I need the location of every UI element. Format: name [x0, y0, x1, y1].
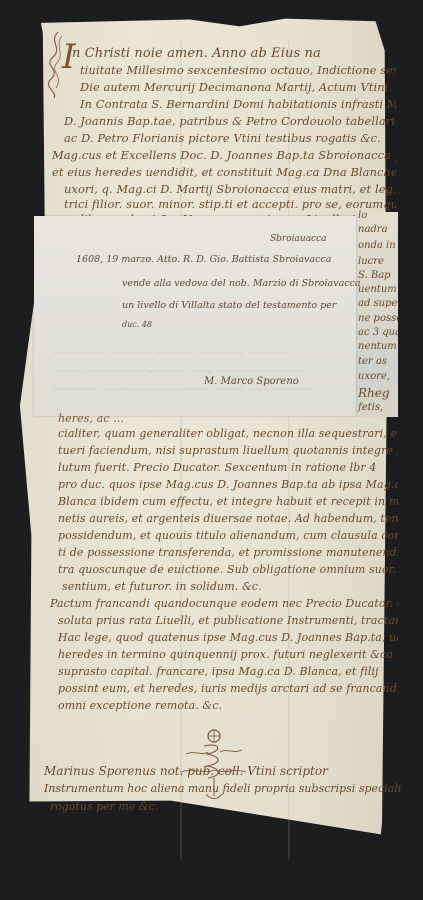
slip-line: duc. 48: [122, 320, 152, 329]
text-line: tiuitate Millesimo sexcentesimo octauo, …: [80, 64, 396, 77]
slip-line: vende alla vedova del nob. Marzio di Sbr…: [122, 278, 361, 289]
lower-text: heres, ac ... cialiter, quam generaliter…: [58, 412, 398, 712]
text-line: possidendum, et quouis titulo alienandum…: [58, 529, 398, 542]
margin-fragment: lucre: [358, 256, 398, 267]
text-line: heredes in termino quinquennij prox. fut…: [58, 648, 398, 661]
text-line: netis aureis, et argenteis diuersae nota…: [58, 512, 398, 525]
margin-fragment: nentum: [358, 341, 398, 352]
text-line: Die autem Mercurij Decimanona Martij, Ac…: [80, 81, 396, 94]
text-line: In Contrata S. Bernardini Domi habitatio…: [80, 98, 396, 111]
text-line: ti de possessione transferenda, et promi…: [58, 546, 398, 559]
text-line: suprasto capital. francare, ipsa Mag.ca …: [58, 665, 398, 678]
notary-subscription-line: Marinus Sporenus not. pub. coll. Vtini s…: [44, 764, 328, 778]
slip-line: 1608, 19 marzo. Atto. R. D. Gio. Battist…: [76, 254, 331, 265]
margin-fragment: ad supe: [358, 298, 398, 309]
margin-fragment: Rheg: [358, 386, 398, 400]
margin-fragment: S. Bap: [358, 270, 398, 281]
slip-signature: M. Marco Sporeno: [204, 376, 299, 387]
text-line: trici filior. suor. minor. stip.ti et ac…: [64, 198, 396, 211]
text-line: Pactum francandi quandocunque eodem nec …: [50, 597, 398, 610]
main-text-line: n Christi noie amen. Anno ab Eius na: [72, 46, 400, 59]
text-line: heres, ac ...: [58, 412, 398, 425]
text-line: possint eum, et heredes, iuris medijs ar…: [58, 682, 398, 695]
margin-fragment: uentum: [358, 284, 398, 295]
text-line: soluta prius rata Liuelli, et publicatio…: [58, 614, 398, 627]
pasted-slip: Sbroiauacca 1608, 19 marzo. Atto. R. D. …: [34, 216, 356, 416]
text-line: cialiter, quam generaliter obligat, necn…: [58, 427, 398, 440]
text-line: uxori, q. Mag.ci D. Martij Sbroionacca e…: [64, 183, 396, 196]
document-viewer: I n Christi noie amen. Anno ab Eius na t…: [0, 0, 423, 900]
margin-fragment: uxore,: [358, 371, 398, 382]
slip-line: un livello di Villalta stato del testame…: [122, 300, 336, 311]
margin-fragment: lo: [358, 210, 398, 221]
text-line: n Christi noie amen. Anno ab Eius na: [72, 46, 400, 59]
margin-fragment: onda in: [358, 240, 398, 251]
margin-fragment: ac 3 qua: [358, 327, 398, 338]
text-line: et eius heredes uendidit, et constituit …: [52, 166, 396, 179]
text-line: lutum fuerit. Precio Ducator. Sexcentum …: [58, 461, 398, 474]
slip-bleedthrough: ~~~~~~~ ~~~~~ ~~~~~ ~~~~~~ ~~~~~: [52, 348, 287, 359]
text-line: Hac lege, quod quatenus ipse Mag.cus D. …: [58, 631, 398, 644]
text-line: Mag.cus et Excellens Doc. D. Joannes Bap…: [52, 149, 396, 162]
text-line: omni exceptione remota. &c.: [58, 699, 398, 712]
main-text: tiuitate Millesimo sexcentesimo octauo, …: [80, 64, 396, 226]
margin-fragment: ne posse: [358, 313, 398, 324]
margin-fragment: nadra: [358, 224, 398, 235]
text-line: tra quoscunque de euictione. Sub obligat…: [58, 563, 398, 576]
notary-subscription-line: rogatus per me &c.: [50, 800, 158, 813]
text-line: tueri faciendum, nisi suprastum liuellum…: [58, 444, 398, 457]
text-line: D. Joannis Bap.tae, patribus & Petro Cor…: [64, 115, 396, 128]
text-line: Blanca ibidem cum effectu, et integre ha…: [58, 495, 398, 508]
text-line: sentium, et futuror. in solidum. &c.: [62, 580, 398, 593]
margin-fragment: ter as: [358, 356, 398, 367]
slip-heading: Sbroiauacca: [270, 234, 327, 244]
notary-subscription-line: Instrumentum hoc aliena manu fideli prop…: [44, 782, 401, 795]
text-line: ac D. Petro Florianis pictore Vtini test…: [64, 132, 396, 145]
text-line: pro duc. quos ipse Mag.cus D. Joannes Ba…: [58, 478, 398, 491]
